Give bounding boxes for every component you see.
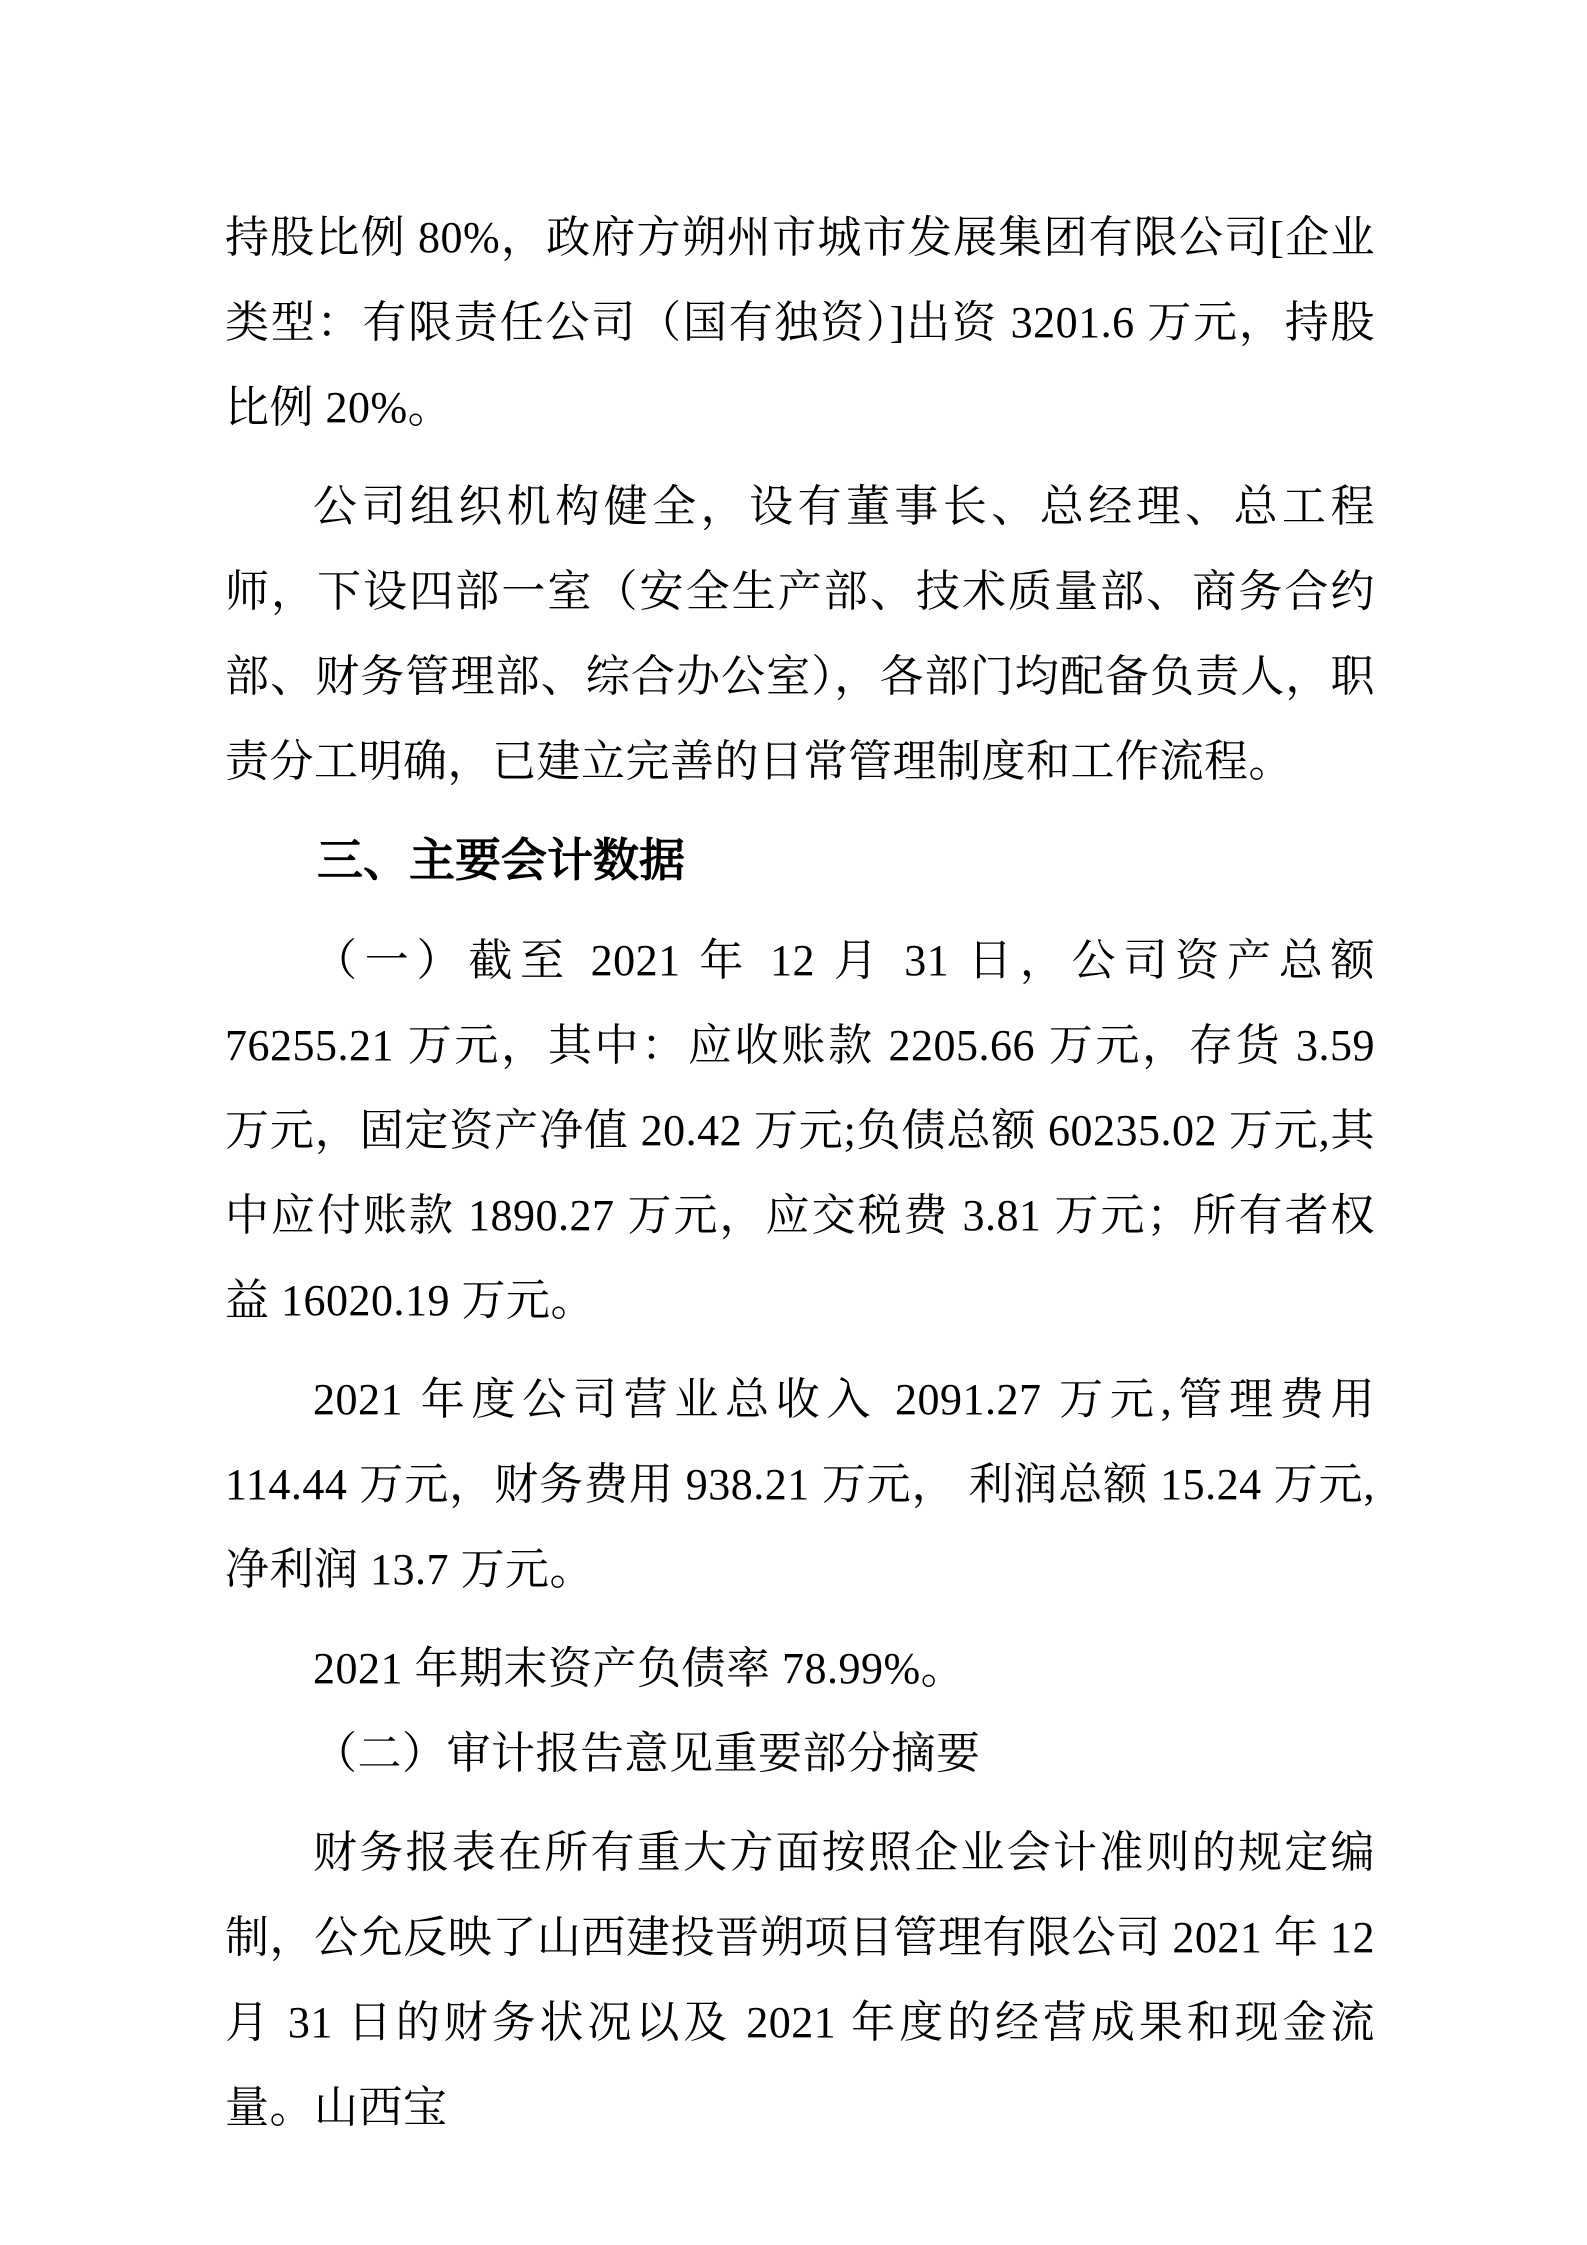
paragraph-org-structure: 公司组织机构健全，设有董事长、总经理、总工程师，下设四部一室（安全生产部、技术质… — [225, 464, 1375, 804]
paragraph-assets-liabilities-summary: （一）截至 2021 年 12 月 31 日，公司资产总额 76255.21 万… — [225, 918, 1375, 1343]
section-heading-main-accounting-data: 三、主要会计数据 — [225, 818, 1375, 903]
paragraph-audit-statement: 财务报表在所有重大方面按照企业会计准则的规定编制，公允反映了山西建投晋朔项目管理… — [225, 1810, 1375, 2150]
paragraph-revenue-profit-summary: 2021 年度公司营业总收入 2091.27 万元,管理费用 114.44 万元… — [225, 1357, 1375, 1612]
paragraph-equity-contribution: 持股比例 80%，政府方朔州市城市发展集团有限公司[企业类型：有限责任公司（国有… — [225, 195, 1375, 450]
document-page: 持股比例 80%，政府方朔州市城市发展集团有限公司[企业类型：有限责任公司（国有… — [0, 0, 1587, 2245]
paragraph-debt-ratio: 2021 年期末资产负债率 78.99%。 — [225, 1626, 1375, 1711]
subheading-audit-opinion-summary: （二）审计报告意见重要部分摘要 — [225, 1711, 1375, 1796]
document-text-block: 持股比例 80%，政府方朔州市城市发展集团有限公司[企业类型：有限责任公司（国有… — [225, 195, 1375, 2164]
